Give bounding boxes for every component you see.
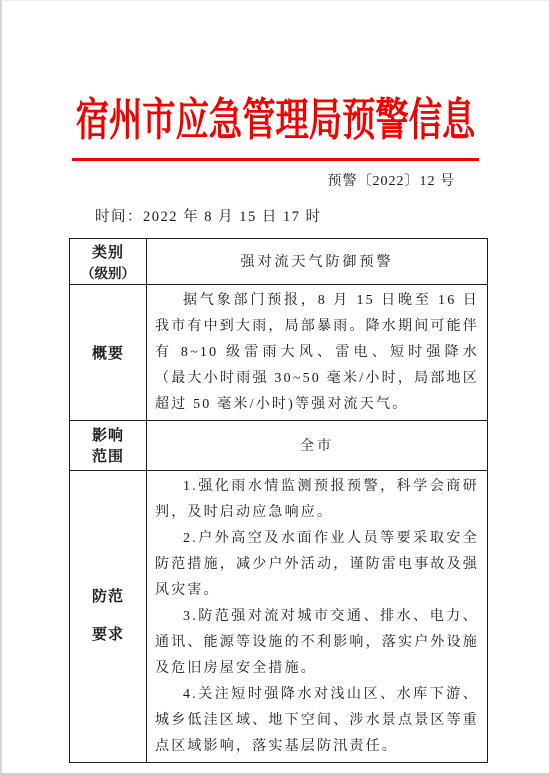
- warning-table: 类别 （级别） 强对流天气防御预警 概要 据气象部门预报，8 月 15 日晚至 …: [69, 238, 488, 763]
- document-number: 预警〔2022〕12 号: [2, 170, 549, 190]
- table-row-measures: 防范 要求 1.强化雨水情监测预报预警，科学会商研判，及时启动应急响应。 2.户…: [70, 470, 488, 762]
- measure-paragraph: 1.强化雨水情监测预报预警，科学会商研判，及时启动应急响应。: [155, 474, 479, 526]
- scope-label-cell: 影响 范围: [70, 420, 147, 470]
- summary-content-cell: 据气象部门预报，8 月 15 日晚至 16 日我市有中到大雨，局部暴雨。降水期间…: [147, 284, 488, 420]
- category-value-cell: 强对流天气防御预警: [147, 238, 488, 284]
- label-line: （级别）: [72, 262, 144, 282]
- table-row-summary: 概要 据气象部门预报，8 月 15 日晚至 16 日我市有中到大雨，局部暴雨。降…: [70, 284, 488, 420]
- measure-paragraph: 4.关注短时强降水对浅山区、水库下游、城乡低洼区域、地下空间、涉水景点景区等重点…: [155, 682, 479, 760]
- summary-label-cell: 概要: [70, 284, 147, 420]
- summary-paragraph: 据气象部门预报，8 月 15 日晚至 16 日我市有中到大雨，局部暴雨。降水期间…: [155, 288, 479, 418]
- category-label-cell: 类别 （级别）: [70, 238, 147, 284]
- measure-paragraph: 3.防范强对流对城市交通、排水、电力、通讯、能源等设施的不利影响，落实户外设施及…: [155, 604, 479, 682]
- scope-value-cell: 全市: [147, 420, 488, 470]
- measure-paragraph: 2.户外高空及水面作业人员等要采取安全防范措施，减少户外活动，谨防雷电事故及强风…: [155, 526, 479, 604]
- title-divider-rule: [72, 158, 479, 161]
- document-page: 宿州市应急管理局预警信息 预警〔2022〕12 号 时间：2022 年 8 月 …: [0, 0, 549, 776]
- table-row-category: 类别 （级别） 强对流天气防御预警: [70, 238, 488, 284]
- label-line: 防范: [72, 584, 144, 610]
- measures-label-cell: 防范 要求: [70, 470, 147, 762]
- issue-time: 时间：2022 年 8 月 15 日 17 时: [95, 205, 549, 226]
- label-line: 影响: [72, 424, 144, 445]
- label-line: 范围: [72, 445, 144, 466]
- label-line: 概要: [72, 342, 144, 363]
- label-line: 要求: [72, 622, 144, 648]
- label-line: 类别: [72, 241, 144, 262]
- document-title: 宿州市应急管理局预警信息: [73, 1, 478, 146]
- table-row-scope: 影响 范围 全市: [70, 420, 488, 470]
- measures-content-cell: 1.强化雨水情监测预报预警，科学会商研判，及时启动应急响应。 2.户外高空及水面…: [147, 470, 488, 762]
